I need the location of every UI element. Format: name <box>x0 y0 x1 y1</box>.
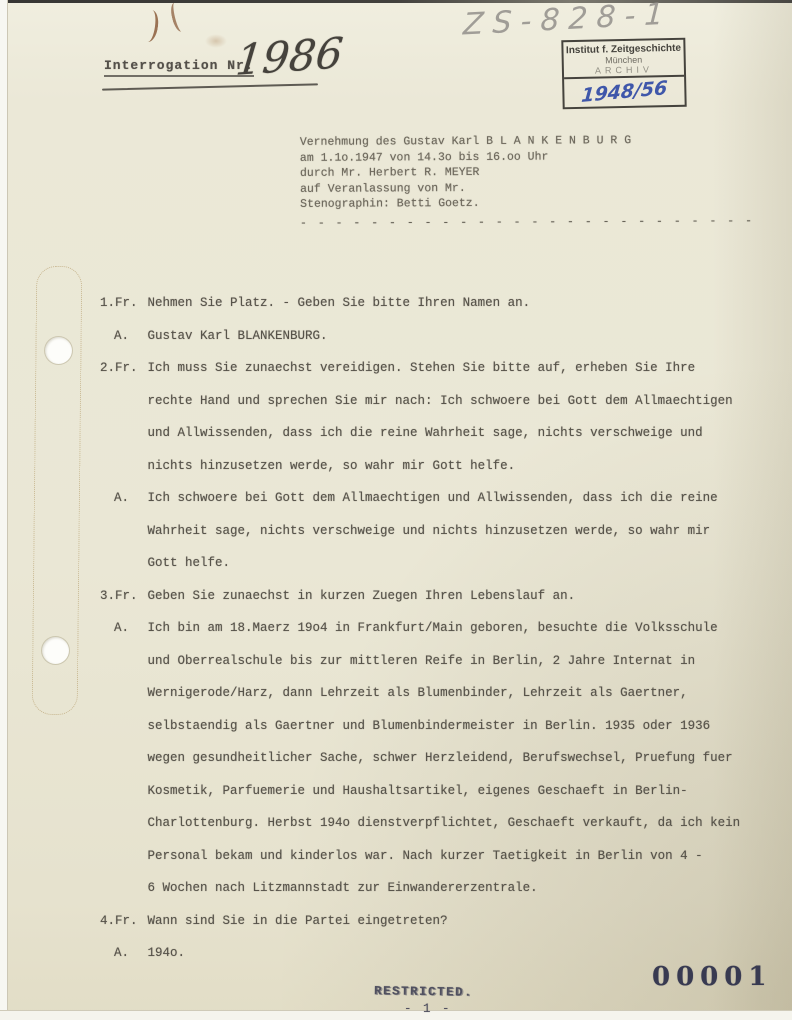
archive-stamp: Institut f. Zeitgeschichte München ARCHI… <box>561 38 686 110</box>
speaker-label: A. <box>100 946 140 960</box>
folio-stamp: 00001 <box>652 962 772 992</box>
transcript-text: Wann sind Sie in die Partei eingetreten? <box>148 914 448 928</box>
transcript-line: Personal bekam und kinderlos war. Nach k… <box>100 849 750 882</box>
speaker-label: 4.Fr. <box>100 914 140 928</box>
transcript-line: rechte Hand und sprechen Sie mir nach: I… <box>100 394 750 427</box>
transcript-text: Personal bekam und kinderlos war. Nach k… <box>148 849 703 863</box>
archive-stamp-upper: Institut f. Zeitgeschichte München ARCHI… <box>563 40 684 80</box>
transcript-line: nichts hinzusetzen werde, so wahr mir Go… <box>100 459 750 492</box>
rust-stain-1 <box>140 9 160 43</box>
transcript-text: Ich muss Sie zunaechst vereidigen. Stehe… <box>148 361 696 375</box>
scan-edge-left <box>0 0 8 1020</box>
transcript-text: Geben Sie zunaechst in kurzen Zuegen Ihr… <box>148 589 576 603</box>
punch-hole-bottom <box>42 637 69 664</box>
transcript-text: Wahrheit sage, nichts verschweige und ni… <box>148 524 711 538</box>
classification-stamp: RESTRICTED. <box>374 984 473 999</box>
paper-stain <box>205 34 227 48</box>
transcript-text: rechte Hand und sprechen Sie mir nach: I… <box>148 394 733 408</box>
header-line: am 1.1o.1947 von 14.3o bis 16.oo Uhr <box>300 149 631 166</box>
transcript-line: 6 Wochen nach Litzmannstadt zur Einwande… <box>100 881 750 914</box>
speaker-label: 3.Fr. <box>100 589 140 603</box>
transcript-line: Charlottenburg. Herbst 194o dienstverpfl… <box>100 816 750 849</box>
header-block: Vernehmung des Gustav Karl B L A N K E N… <box>300 133 632 213</box>
speaker-label: A. <box>100 491 140 505</box>
speaker-label: A. <box>100 329 140 343</box>
header-line: durch Mr. Herbert R. MEYER <box>300 164 631 181</box>
transcript-line: 3.Fr. Geben Sie zunaechst in kurzen Zueg… <box>100 589 750 622</box>
speaker-label: 1.Fr. <box>100 296 140 310</box>
transcript-line: Kosmetik, Parfuemerie und Haushaltsartik… <box>100 784 750 817</box>
transcript-text: nichts hinzusetzen werde, so wahr mir Go… <box>148 459 516 473</box>
transcript-line: A. Ich bin am 18.Maerz 19o4 in Frankfurt… <box>100 621 750 654</box>
transcript-text: 6 Wochen nach Litzmannstadt zur Einwande… <box>148 881 538 895</box>
rust-stain-2 <box>169 1 188 33</box>
transcript-line: 2.Fr. Ich muss Sie zunaechst vereidigen.… <box>100 361 750 394</box>
transcript-text: Charlottenburg. Herbst 194o dienstverpfl… <box>148 816 741 830</box>
transcript-text: Ich schwoere bei Gott dem Allmaechtigen … <box>148 491 718 505</box>
speaker-label: 2.Fr. <box>100 361 140 375</box>
scan-edge-bottom <box>0 1010 792 1020</box>
transcript-line: selbstaendig als Gaertner und Blumenbind… <box>100 719 750 752</box>
punch-hole-top <box>45 337 72 364</box>
transcript-text: selbstaendig als Gaertner und Blumenbind… <box>148 719 711 733</box>
transcript-text: Gustav Karl BLANKENBURG. <box>148 329 328 343</box>
page-number: - 1 - <box>404 1002 452 1016</box>
document-page: ZS-828-1 Institut f. Zeitgeschichte Münc… <box>0 0 792 1020</box>
transcript-text: wegen gesundheitlicher Sache, schwer Her… <box>148 751 733 765</box>
transcript-line: und Oberrealschule bis zur mittleren Rei… <box>100 654 750 687</box>
transcript-text: Kosmetik, Parfuemerie und Haushaltsartik… <box>148 784 688 798</box>
speaker-label: A. <box>100 621 140 635</box>
transcript-text: 194o. <box>148 946 186 960</box>
interrogation-number-handwritten: 1986 <box>234 28 346 85</box>
interrogation-transcript: 1.Fr. Nehmen Sie Platz. - Geben Sie bitt… <box>100 296 750 979</box>
stamp-accession-number: 1948/56 <box>564 75 685 108</box>
transcript-text: und Allwissenden, dass ich die reine Wah… <box>148 426 703 440</box>
pen-underline <box>102 83 318 90</box>
header-line: Stenographin: Betti Goetz. <box>300 196 631 213</box>
pencil-reference: ZS-828-1 <box>462 0 673 43</box>
transcript-line: wegen gesundheitlicher Sache, schwer Her… <box>100 751 750 784</box>
transcript-text: und Oberrealschule bis zur mittleren Rei… <box>148 654 696 668</box>
transcript-text: Gott helfe. <box>148 556 231 570</box>
transcript-line: A. Ich schwoere bei Gott dem Allmaechtig… <box>100 491 750 524</box>
transcript-line: 1.Fr. Nehmen Sie Platz. - Geben Sie bitt… <box>100 296 750 329</box>
transcript-line: Gott helfe. <box>100 556 750 589</box>
transcript-line: A. Gustav Karl BLANKENBURG. <box>100 329 750 362</box>
transcript-line: und Allwissenden, dass ich die reine Wah… <box>100 426 750 459</box>
transcript-text: Ich bin am 18.Maerz 19o4 in Frankfurt/Ma… <box>148 621 718 635</box>
interrogation-title-label: Interrogation Nr. <box>104 58 254 77</box>
stamp-archiv-line: ARCHIV <box>564 64 684 78</box>
header-separator: - - - - - - - - - - - - - - - - - - - - … <box>300 214 753 232</box>
header-line: auf Veranlassung von Mr. <box>300 180 631 197</box>
transcript-line: Wahrheit sage, nichts verschweige und ni… <box>100 524 750 557</box>
transcript-text: Nehmen Sie Platz. - Geben Sie bitte Ihre… <box>148 296 531 310</box>
transcript-line: Wernigerode/Harz, dann Lehrzeit als Blum… <box>100 686 750 719</box>
transcript-line: 4.Fr. Wann sind Sie in die Partei einget… <box>100 914 750 947</box>
transcript-text: Wernigerode/Harz, dann Lehrzeit als Blum… <box>148 686 688 700</box>
header-line: Vernehmung des Gustav Karl B L A N K E N… <box>300 133 631 150</box>
